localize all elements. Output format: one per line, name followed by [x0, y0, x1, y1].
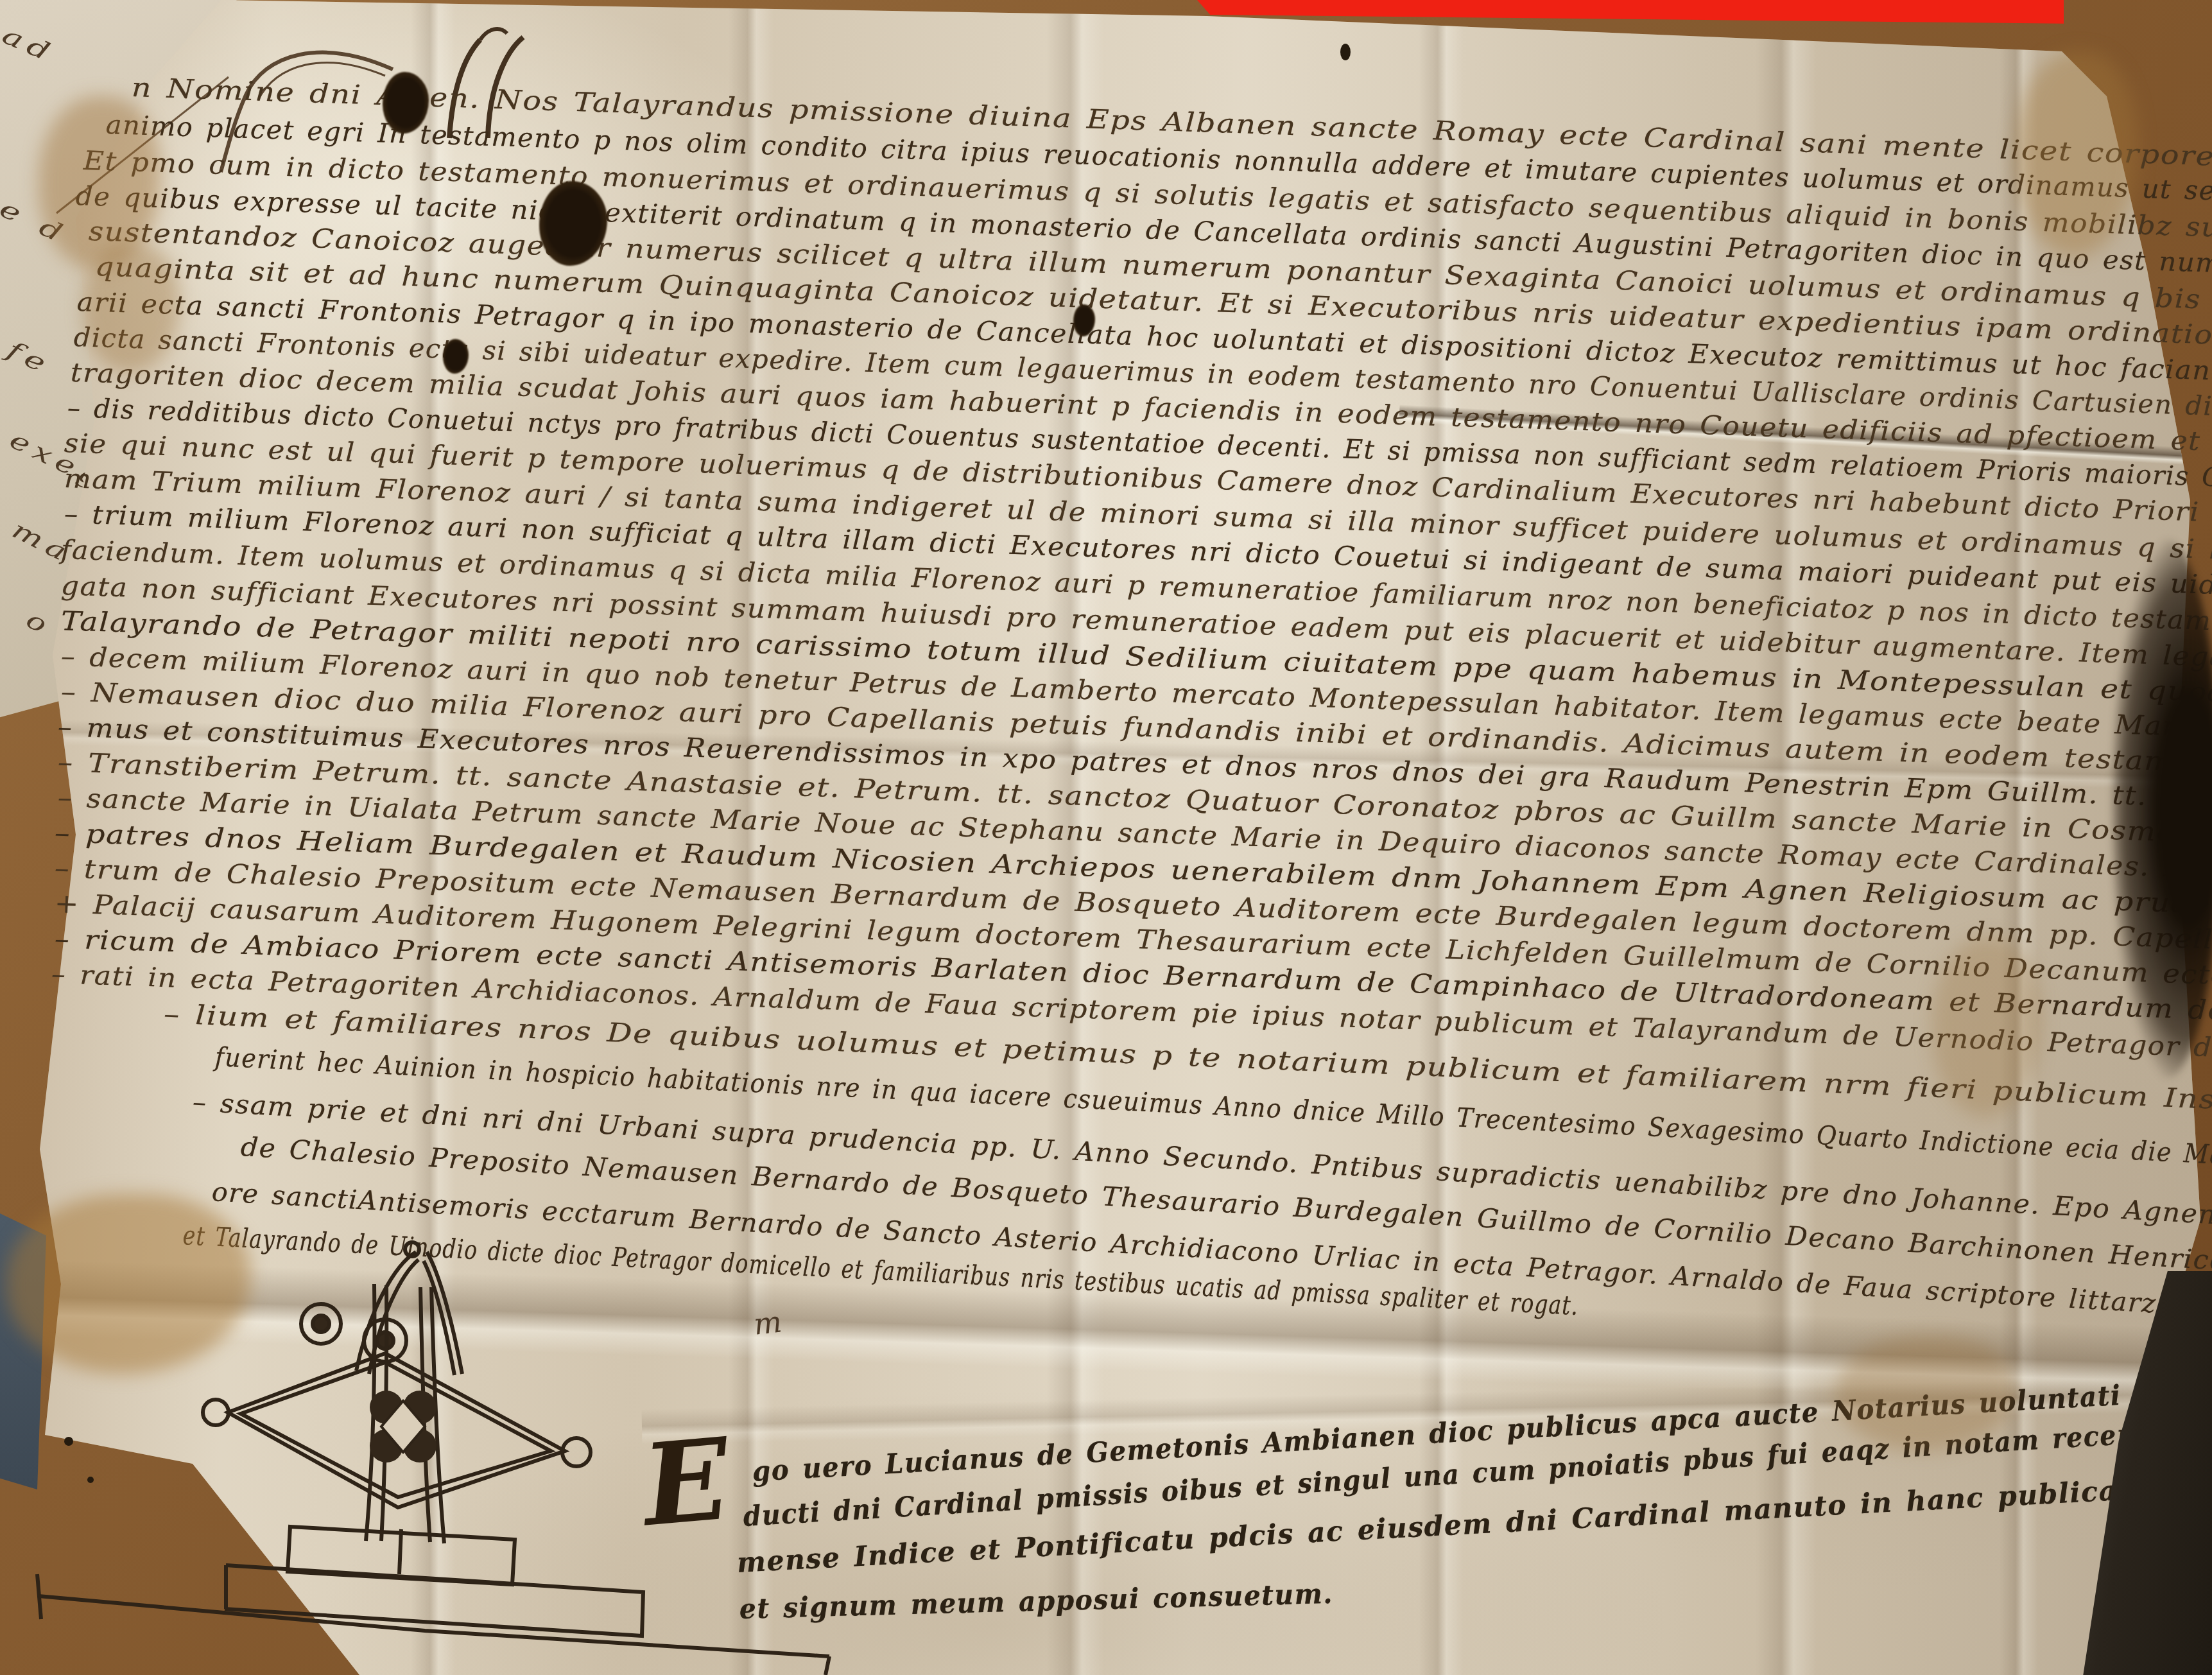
ink-speck: [64, 1437, 73, 1446]
under-doc-text: fe: [3, 335, 56, 381]
under-doc-text: o: [22, 605, 57, 641]
ink-speck: [1340, 44, 1351, 60]
manuscript-photo: ad e d fe exegi man F o n Nomine dni Ame…: [0, 0, 2212, 1675]
shadow-gap: [2112, 539, 2212, 1079]
ink-speck: [87, 1477, 94, 1483]
